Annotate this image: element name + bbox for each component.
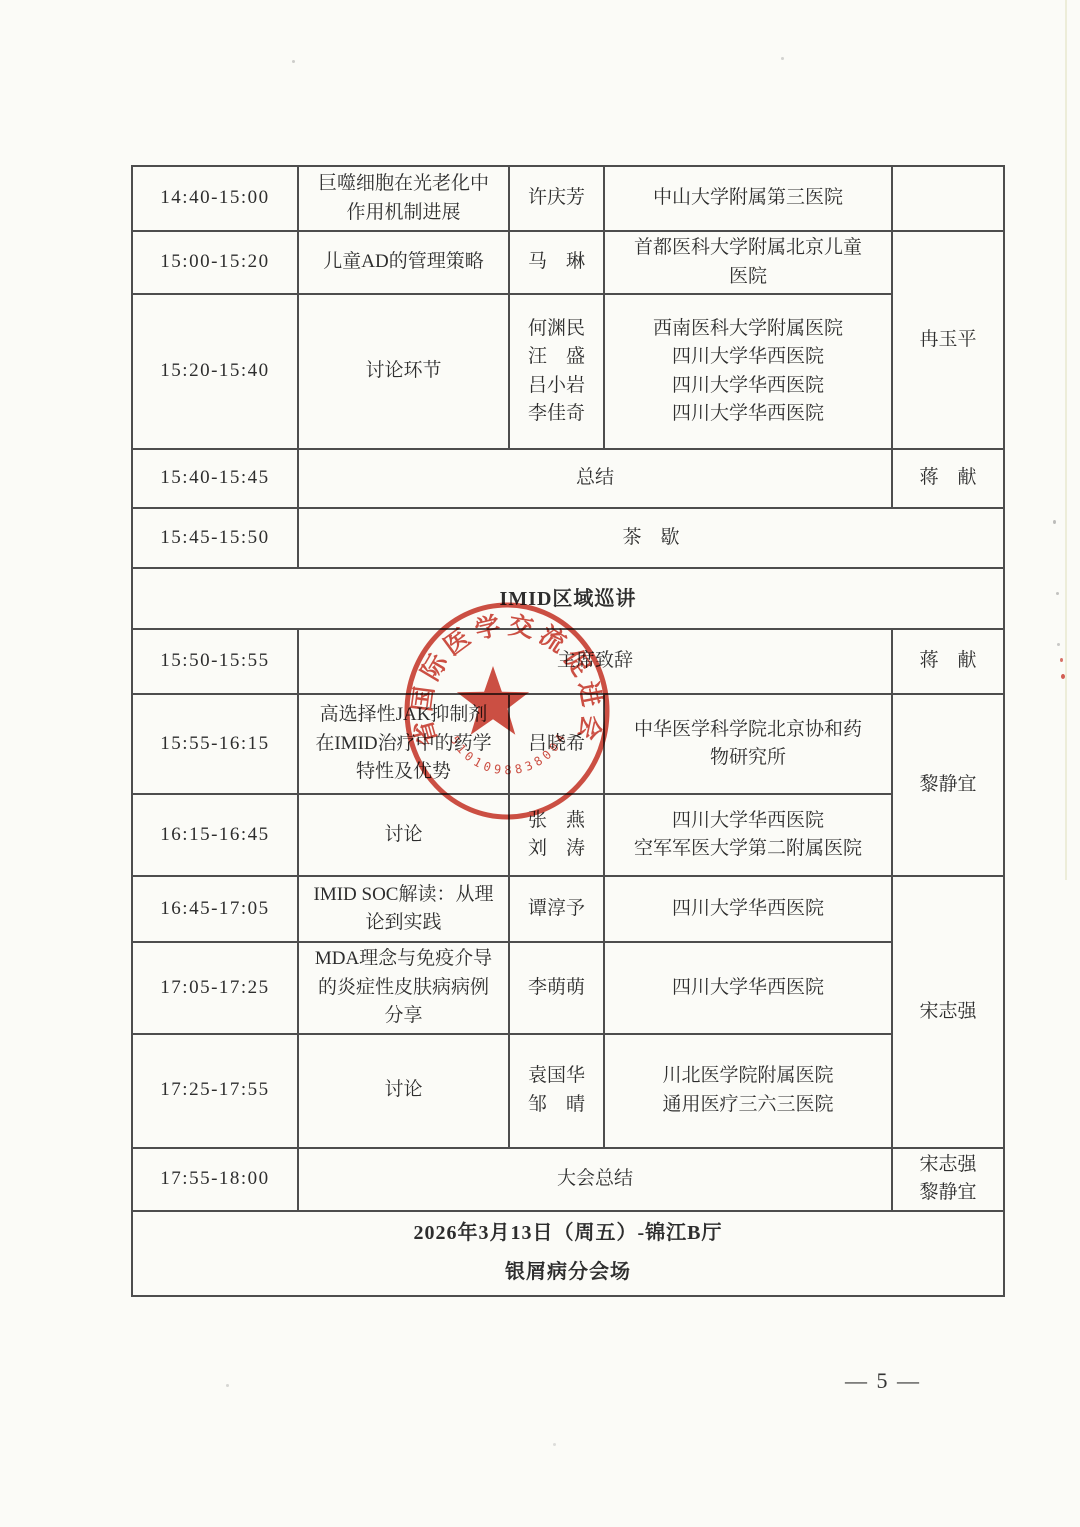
table-row: 15:40-15:45 总结 蒋 献	[132, 449, 1004, 508]
table-row: 15:55-16:15 高选择性JAK抑制剂 在IMID治疗中的药学 特性及优势…	[132, 694, 1004, 794]
time-cell: 15:55-16:15	[132, 694, 298, 794]
institution-cell: 川北医学院附属医院 通用医疗三六三医院	[604, 1034, 892, 1148]
chair-cell: 宋志强	[892, 876, 1004, 1148]
institution-cell: 中华医学科学院北京协和药 物研究所	[604, 694, 892, 794]
speaker-cell: 吕晓希	[509, 694, 604, 794]
topic-cell: 大会总结	[298, 1148, 892, 1211]
topic-cell: 高选择性JAK抑制剂 在IMID治疗中的药学 特性及优势	[298, 694, 509, 794]
table-row: 16:45-17:05 IMID SOC解读：从理 论到实践 谭淳予 四川大学华…	[132, 876, 1004, 942]
time-cell: 15:40-15:45	[132, 449, 298, 508]
scan-speck	[1056, 592, 1059, 595]
scanned-program-page: 14:40-15:00 巨噬细胞在光老化中 作用机制进展 许庆芳 中山大学附属第…	[0, 0, 1080, 1527]
scan-speck	[781, 57, 784, 60]
scan-speck-red	[1060, 658, 1063, 662]
topic-cell: 讨论	[298, 1034, 509, 1148]
topic-cell: 讨论环节	[298, 294, 509, 449]
speaker-cell: 张 燕 刘 涛	[509, 794, 604, 876]
table-row: 16:15-16:45 讨论 张 燕 刘 涛 四川大学华西医院 空军军医大学第二…	[132, 794, 1004, 876]
scan-speck	[1057, 643, 1060, 646]
speaker-cell: 马 琳	[509, 231, 604, 294]
scan-speck	[553, 1443, 556, 1446]
speaker-cell: 谭淳予	[509, 876, 604, 942]
table-row: 2026年3月13日（周五）-锦江B厅 银屑病分会场	[132, 1211, 1004, 1296]
speaker-cell: 袁国华 邹 晴	[509, 1034, 604, 1148]
next-session-header-cell: 2026年3月13日（周五）-锦江B厅 银屑病分会场	[132, 1211, 1004, 1296]
time-cell: 14:40-15:00	[132, 166, 298, 231]
table-row: IMID区域巡讲	[132, 568, 1004, 629]
table-row: 17:25-17:55 讨论 袁国华 邹 晴 川北医学院附属医院 通用医疗三六三…	[132, 1034, 1004, 1148]
time-cell: 15:20-15:40	[132, 294, 298, 449]
time-cell: 17:05-17:25	[132, 942, 298, 1034]
institution-cell: 西南医科大学附属医院 四川大学华西医院 四川大学华西医院 四川大学华西医院	[604, 294, 892, 449]
topic-cell: MDA理念与免疫介导 的炎症性皮肤病病例 分享	[298, 942, 509, 1034]
speaker-cell: 许庆芳	[509, 166, 604, 231]
topic-cell: 讨论	[298, 794, 509, 876]
institution-cell: 首都医科大学附属北京儿童 医院	[604, 231, 892, 294]
scan-speck	[1053, 520, 1056, 524]
table-row: 15:45-15:50 茶 歇	[132, 508, 1004, 568]
chair-cell: 黎静宜	[892, 694, 1004, 876]
table-row: 15:20-15:40 讨论环节 何渊民 汪 盛 吕小岩 李佳奇 西南医科大学附…	[132, 294, 1004, 449]
conference-schedule-table: 14:40-15:00 巨噬细胞在光老化中 作用机制进展 许庆芳 中山大学附属第…	[131, 165, 1005, 1297]
topic-cell: 儿童AD的管理策略	[298, 231, 509, 294]
table-row: 15:50-15:55 主席致辞 蒋 献	[132, 629, 1004, 694]
time-cell: 15:00-15:20	[132, 231, 298, 294]
chair-cell-empty	[892, 166, 1004, 231]
institution-cell: 四川大学华西医院	[604, 876, 892, 942]
time-cell: 15:45-15:50	[132, 508, 298, 568]
speaker-cell: 李萌萌	[509, 942, 604, 1034]
chair-cell: 宋志强 黎静宜	[892, 1148, 1004, 1211]
table-row: 15:00-15:20 儿童AD的管理策略 马 琳 首都医科大学附属北京儿童 医…	[132, 231, 1004, 294]
institution-cell: 中山大学附属第三医院	[604, 166, 892, 231]
scan-speck-red	[1061, 674, 1065, 679]
chair-cell: 蒋 献	[892, 449, 1004, 508]
institution-cell: 四川大学华西医院 空军军医大学第二附属医院	[604, 794, 892, 876]
topic-cell: 茶 歇	[298, 508, 1004, 568]
time-cell: 17:25-17:55	[132, 1034, 298, 1148]
scan-speck	[226, 1384, 229, 1387]
topic-cell: IMID SOC解读：从理 论到实践	[298, 876, 509, 942]
table-row: 17:55-18:00 大会总结 宋志强 黎静宜	[132, 1148, 1004, 1211]
chair-cell: 冉玉平	[892, 231, 1004, 449]
page-number: — 5 —	[845, 1368, 965, 1394]
table-row: 14:40-15:00 巨噬细胞在光老化中 作用机制进展 许庆芳 中山大学附属第…	[132, 166, 1004, 231]
speaker-cell: 何渊民 汪 盛 吕小岩 李佳奇	[509, 294, 604, 449]
scan-speck	[292, 60, 295, 63]
table-row: 17:05-17:25 MDA理念与免疫介导 的炎症性皮肤病病例 分享 李萌萌 …	[132, 942, 1004, 1034]
time-cell: 15:50-15:55	[132, 629, 298, 694]
chair-cell: 蒋 献	[892, 629, 1004, 694]
scan-edge-artifact	[1065, 0, 1067, 880]
time-cell: 17:55-18:00	[132, 1148, 298, 1211]
institution-cell: 四川大学华西医院	[604, 942, 892, 1034]
section-header-cell: IMID区域巡讲	[132, 568, 1004, 629]
topic-cell: 总结	[298, 449, 892, 508]
topic-cell: 主席致辞	[298, 629, 892, 694]
time-cell: 16:45-17:05	[132, 876, 298, 942]
time-cell: 16:15-16:45	[132, 794, 298, 876]
topic-cell: 巨噬细胞在光老化中 作用机制进展	[298, 166, 509, 231]
